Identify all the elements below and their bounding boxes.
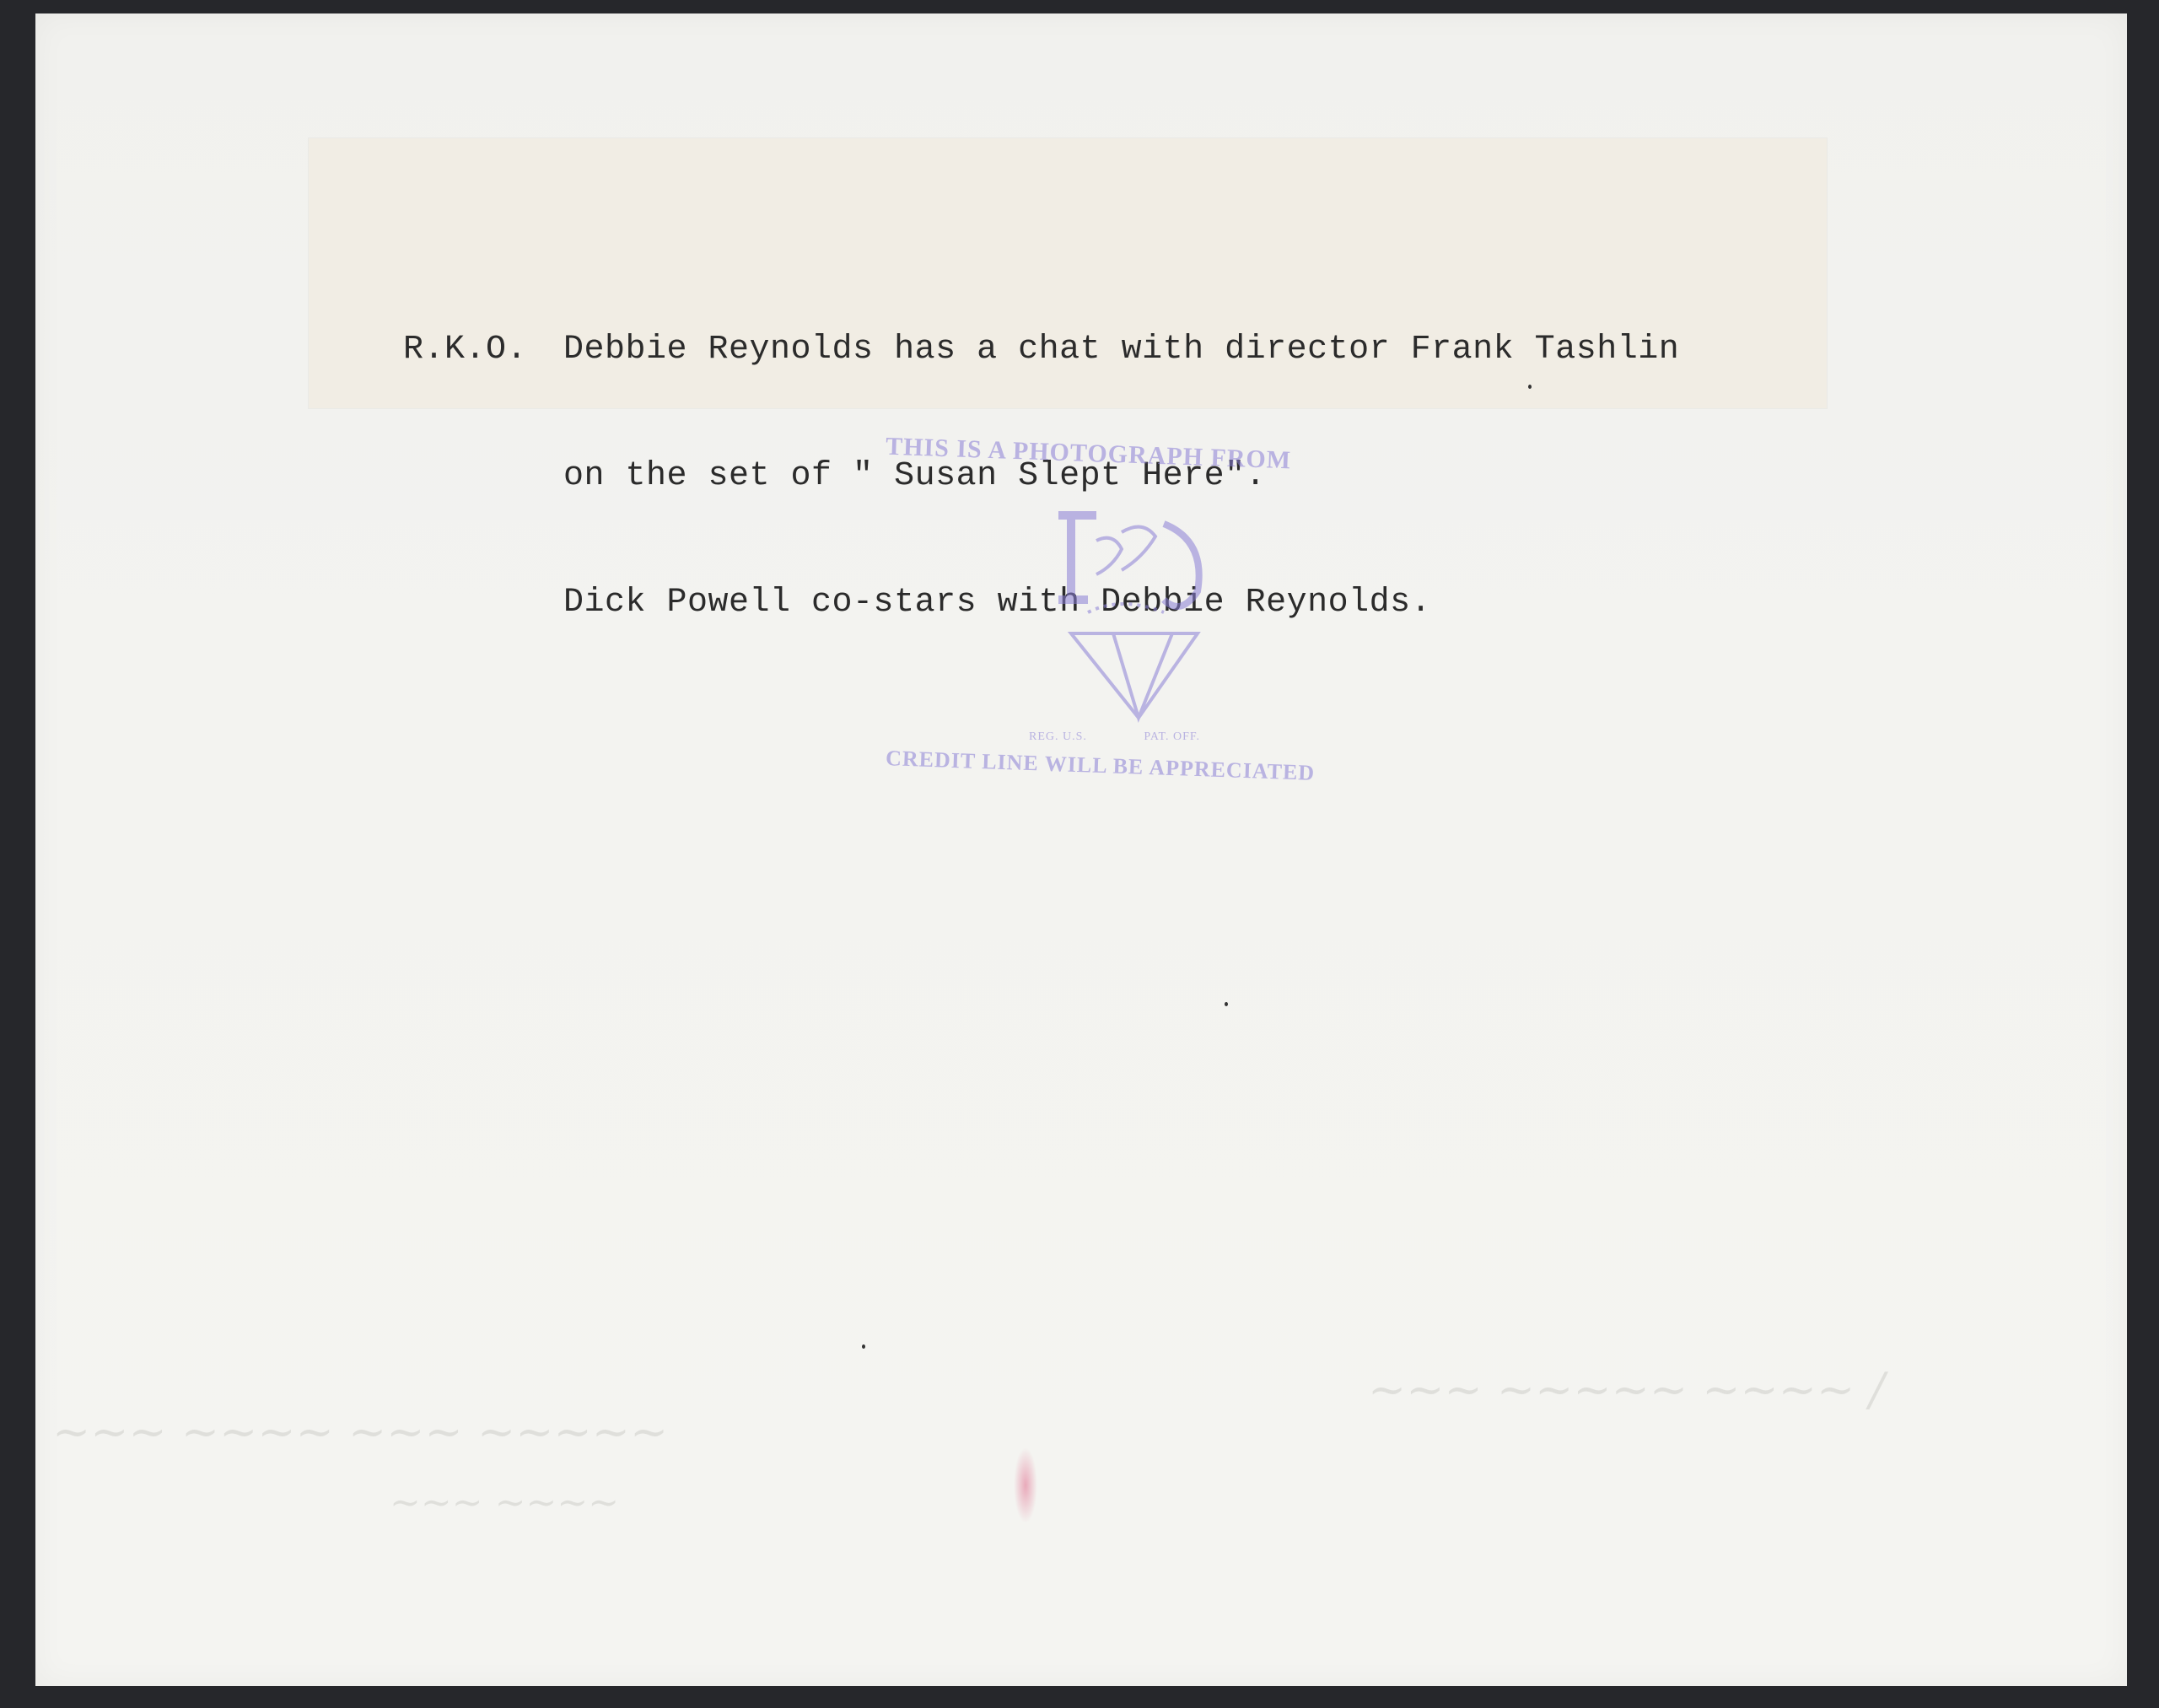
stamp-bottom-text: CREDIT LINE WILL BE APPRECIATED	[886, 746, 1316, 786]
registration-right: PAT. OFF.	[1144, 730, 1200, 743]
agency-logo-icon	[1037, 507, 1240, 726]
photo-paper: R.K.O.Debbie Reynolds has a chat with di…	[35, 13, 2127, 1686]
scanned-photo-back: R.K.O.Debbie Reynolds has a chat with di…	[0, 0, 2159, 1708]
paper-speck	[862, 1344, 865, 1349]
paper-speck	[1528, 385, 1532, 389]
pencil-annotation-right: ~~~ ~~~~~ ~~~~ /	[1368, 1363, 1885, 1416]
registration-left: REG. U.S.	[1029, 730, 1087, 743]
red-ink-smudge	[1014, 1447, 1037, 1523]
agency-ink-stamp: THIS IS A PHOTOGRAPH FROM REG. U.S. PAT.…	[886, 439, 1425, 811]
stamp-top-text: THIS IS A PHOTOGRAPH FROM	[886, 433, 1292, 476]
pencil-annotation-bottom: ~~~ ~~~~	[390, 1481, 619, 1524]
caption-line-1: R.K.O.Debbie Reynolds has a chat with di…	[403, 329, 1679, 371]
stamp-registration: REG. U.S. PAT. OFF.	[1029, 730, 1200, 744]
typed-caption-strip: R.K.O.Debbie Reynolds has a chat with di…	[309, 138, 1827, 408]
studio-prefix: R.K.O.	[403, 329, 563, 371]
paper-speck	[1225, 1002, 1228, 1006]
caption-line-text: Debbie Reynolds has a chat with director…	[563, 331, 1679, 369]
pencil-annotation-left: ~~~ ~~~~ ~~~ ~~~~~	[52, 1405, 668, 1458]
